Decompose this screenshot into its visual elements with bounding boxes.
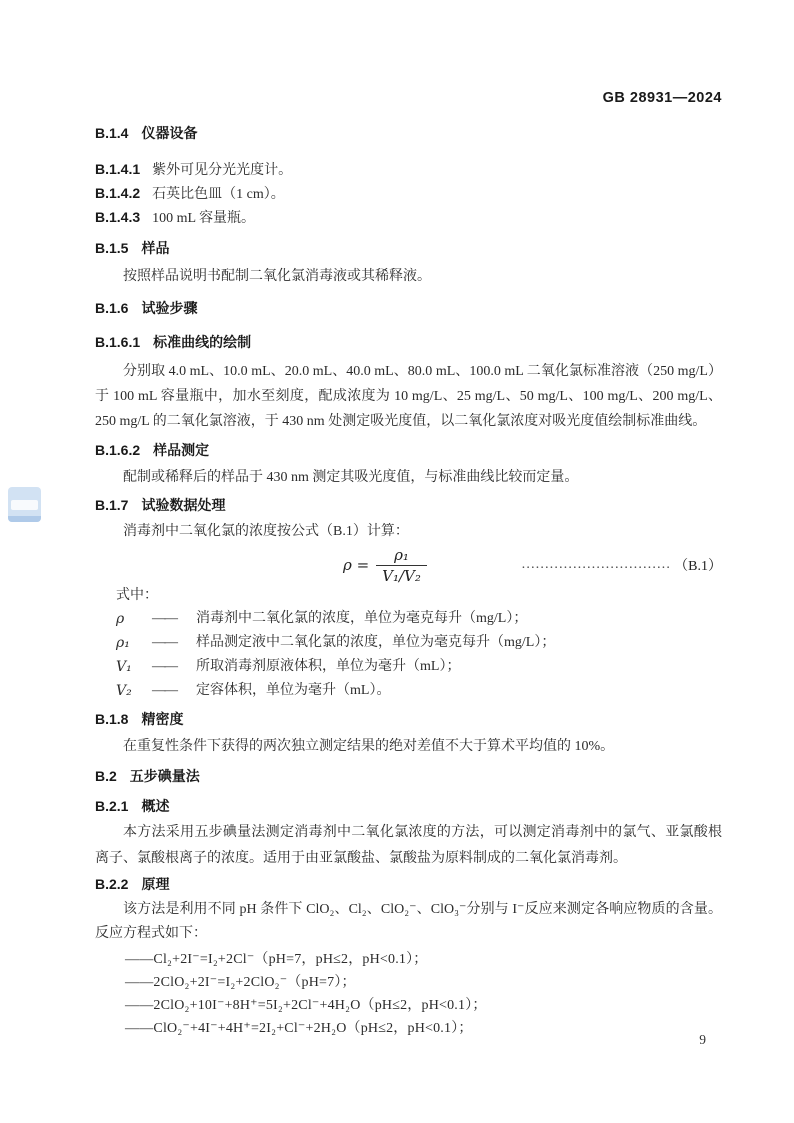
heading-title: 仪器设备	[141, 125, 197, 141]
heading-title: 试验数据处理	[141, 497, 225, 513]
symbol-definitions: ρ —— 消毒剂中二氧化氯的浓度，单位为毫克每升（mg/L）； ρ₁ —— 样品…	[95, 607, 722, 703]
paragraph-b2-1: 本方法采用五步碘量法测定消毒剂中二氧化氯浓度的方法，可以测定消毒剂中的氯气、亚氯…	[95, 820, 722, 872]
standard-number-header: GB 28931—2024	[95, 88, 722, 108]
paragraph-b1-6-2: 配制或稀释后的样品于 430 nm 测定其吸光度值，与标准曲线比较而定量。	[95, 465, 722, 491]
definition-text: 所取消毒剂原液体积，单位为毫升（mL）；	[196, 655, 722, 679]
heading-b2: B.2五步碘量法	[95, 766, 722, 786]
blue-file-badge-watermark	[8, 487, 41, 522]
fraction-numerator: ρ₁	[376, 546, 427, 565]
definition-dash: ——	[152, 679, 196, 703]
heading-b1-6-2: B.1.6.2样品测定	[95, 440, 722, 460]
heading-number: B.2.2	[95, 876, 128, 892]
heading-b1-6: B.1.6试验步骤	[95, 298, 722, 318]
paragraph-b1-8: 在重复性条件下获得的两次独立测定结果的绝对差值不大于算术平均值的 10%。	[95, 734, 722, 760]
page-number: 9	[699, 1032, 706, 1048]
heading-b1-6-1: B.1.6.1标准曲线的绘制	[95, 332, 722, 352]
fraction-denominator: V₁/V₂	[376, 565, 427, 585]
definition-row: ρ₁ —— 样品测定液中二氧化氯的浓度，单位为毫克每升（mg/L）；	[95, 631, 722, 655]
formula-dot-leader: ………………………………	[521, 557, 669, 573]
list-item: B.1.4.2石英比色皿（1 cm）。	[95, 182, 722, 206]
definition-row: ρ —— 消毒剂中二氧化氯的浓度，单位为毫克每升（mg/L）；	[95, 607, 722, 631]
heading-b1-8: B.1.8精密度	[95, 709, 722, 729]
definition-row: V₁ —— 所取消毒剂原液体积，单位为毫升（mL）；	[95, 655, 722, 679]
formula-expression: ρ = ρ₁ V₁/V₂	[343, 546, 427, 585]
list-item: B.1.4.3100 mL 容量瓶。	[95, 206, 722, 230]
equation-line: ——ClO₂⁻+4I⁻+4H⁺=2I₂+Cl⁻+2H₂O（pH≤2，pH<0.1…	[125, 1017, 722, 1040]
definition-symbol: ρ	[116, 607, 152, 631]
heading-b2-2: B.2.2原理	[95, 874, 722, 894]
list-item: B.1.4.1紫外可见分光光度计。	[95, 158, 722, 182]
heading-title: 试验步骤	[141, 300, 197, 316]
reaction-equations: ——Cl₂+2I⁻=I₂+2Cl⁻（pH=7，pH≤2，pH<0.1）； ——2…	[95, 948, 722, 1040]
heading-title: 标准曲线的绘制	[153, 334, 251, 350]
item-text: 石英比色皿（1 cm）。	[152, 187, 285, 202]
equation-line: ——2ClO₂+2I⁻=I₂+2ClO₂⁻（pH=7）；	[125, 971, 722, 994]
paragraph-b1-7: 消毒剂中二氧化氯的浓度按公式（B.1）计算：	[95, 519, 722, 545]
definition-text: 消毒剂中二氧化氯的浓度，单位为毫克每升（mg/L）；	[196, 607, 722, 631]
item-number: B.1.4.3	[95, 209, 140, 225]
definition-row: V₂ —— 定容体积，单位为毫升（mL）。	[95, 679, 722, 703]
watermark-bottom-band	[8, 516, 41, 522]
definition-dash: ——	[152, 607, 196, 631]
formula-b1: ρ = ρ₁ V₁/V₂ ……………………………… （B.1）	[95, 545, 722, 585]
heading-title: 五步碘量法	[130, 768, 200, 784]
heading-b1-7: B.1.7试验数据处理	[95, 495, 722, 515]
heading-number: B.1.6.1	[95, 334, 140, 350]
where-label: 式中：	[95, 585, 722, 607]
heading-title: 概述	[141, 798, 169, 814]
definition-symbol: ρ₁	[116, 631, 152, 655]
definition-dash: ——	[152, 631, 196, 655]
watermark-letters	[11, 500, 38, 510]
heading-title: 样品	[141, 240, 169, 256]
heading-b1-4: B.1.4仪器设备	[95, 123, 722, 143]
page-content: GB 28931—2024 B.1.4仪器设备 B.1.4.1紫外可见分光光度计…	[95, 88, 722, 1040]
equation-line: ——Cl₂+2I⁻=I₂+2Cl⁻（pH=7，pH≤2，pH<0.1）；	[125, 948, 722, 971]
formula-fraction: ρ₁ V₁/V₂	[376, 546, 427, 585]
heading-b1-5: B.1.5样品	[95, 238, 722, 258]
paragraph-b1-6-1: 分别取 4.0 mL、10.0 mL、20.0 mL、40.0 mL、80.0 …	[95, 359, 722, 434]
formula-lhs: ρ =	[343, 556, 369, 574]
definition-text: 定容体积，单位为毫升（mL）。	[196, 679, 722, 703]
heading-number: B.1.5	[95, 240, 128, 256]
heading-b2-1: B.2.1概述	[95, 796, 722, 816]
definition-symbol: V₁	[116, 655, 152, 679]
heading-number: B.1.6	[95, 300, 128, 316]
heading-number: B.1.6.2	[95, 442, 140, 458]
item-number: B.1.4.2	[95, 185, 140, 201]
equation-line: ——2ClO₂+10I⁻+8H⁺=5I₂+2Cl⁻+4H₂O（pH≤2，pH<0…	[125, 994, 722, 1017]
paragraph-b2-2: 该方法是利用不同 pH 条件下 ClO₂、Cl₂、ClO₂⁻、ClO₃⁻分别与 …	[95, 898, 722, 946]
heading-number: B.1.4	[95, 125, 128, 141]
heading-title: 样品测定	[153, 442, 209, 458]
heading-number: B.2	[95, 768, 117, 784]
item-text: 100 mL 容量瓶。	[152, 211, 255, 226]
paragraph-b1-5: 按照样品说明书配制二氧化氯消毒液或其稀释液。	[95, 264, 722, 290]
heading-number: B.2.1	[95, 798, 128, 814]
heading-title: 原理	[141, 876, 169, 892]
definition-text: 样品测定液中二氧化氯的浓度，单位为毫克每升（mg/L）；	[196, 631, 722, 655]
formula-label: （B.1）	[674, 555, 722, 575]
heading-number: B.1.8	[95, 711, 128, 727]
definition-dash: ——	[152, 655, 196, 679]
heading-number: B.1.7	[95, 497, 128, 513]
item-text: 紫外可见分光光度计。	[152, 163, 292, 178]
heading-title: 精密度	[141, 711, 183, 727]
item-number: B.1.4.1	[95, 161, 140, 177]
apparatus-list: B.1.4.1紫外可见分光光度计。 B.1.4.2石英比色皿（1 cm）。 B.…	[95, 158, 722, 230]
definition-symbol: V₂	[116, 679, 152, 703]
document-page: GB 28931—2024 B.1.4仪器设备 B.1.4.1紫外可见分光光度计…	[0, 0, 794, 1123]
